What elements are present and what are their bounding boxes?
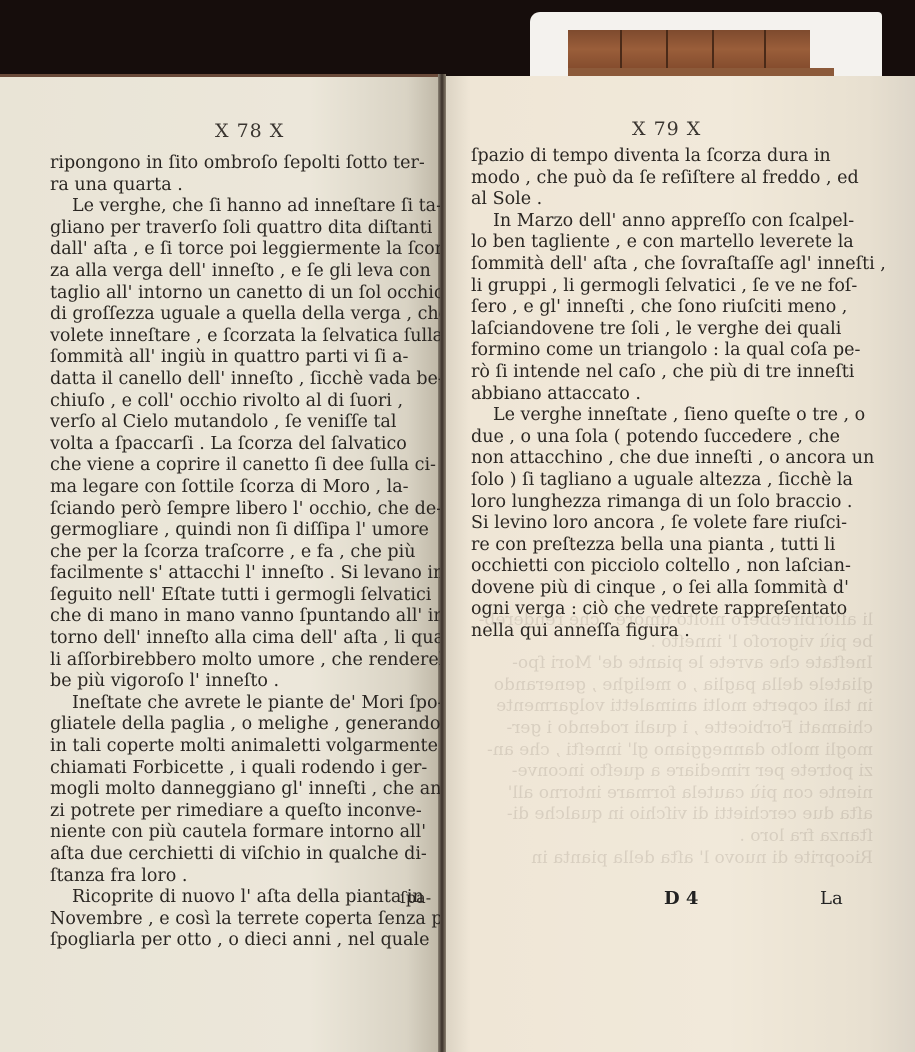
text-line: occhietti con picciolo coltello , non la…	[471, 556, 876, 578]
show-through-line: Novembre , e così la terrete coperta ſen…	[478, 869, 873, 870]
text-line: rò ſi intende nel caſo , che più di tre …	[471, 362, 876, 384]
text-line: re con preſtezza bella una pianta , tutt…	[471, 535, 876, 557]
show-through-line: in tali coperte molti animaletti volgarm…	[478, 696, 873, 718]
text-line: gliano per traverſo ſoli quattro dita di…	[50, 218, 440, 240]
show-through-line: mogli molto danneggiano gl' inneſti , ch…	[478, 740, 873, 762]
text-line: li gruppi , li germogli ſelvatici , ſe v…	[471, 276, 876, 298]
text-line: be più vigoroſo l' inneſto .	[50, 671, 440, 693]
right-page-number: X 79 X	[632, 118, 701, 140]
text-line: volta a ſpaccarſi . La ſcorza del ſalvat…	[50, 434, 440, 456]
text-line: ſeguito nell' Eſtate tutti i germogli ſe…	[50, 585, 440, 607]
text-line: ra una quarta .	[50, 175, 440, 197]
text-line: volete inneſtare , e ſcorzata la ſelvati…	[50, 326, 440, 348]
text-line: aſta due cerchietti di viſchio in qualch…	[50, 844, 440, 866]
text-line: Si levino loro ancora , ſe volete fare r…	[471, 513, 876, 535]
text-line: ſommità dell' aſta , che ſovraſtaſſe agl…	[471, 254, 876, 276]
text-line: facilmente s' attacchi l' inneſto . Si l…	[50, 563, 440, 585]
text-line: loro lunghezza rimanga di un ſolo bracci…	[471, 492, 876, 514]
text-line: In Marzo dell' anno appreſſo con ſcalpel…	[471, 211, 876, 233]
text-line: modo , che può da ſe reſiſtere al freddo…	[471, 168, 876, 190]
show-through-line: Ricoprite di nuovo l' aſta della pianta …	[478, 848, 873, 870]
text-line: gliatele della paglia , o melighe , gene…	[50, 714, 440, 736]
text-line: niente con più cautela formare intorno a…	[50, 822, 440, 844]
show-through-line: gliatele della paglia , o melighe , gene…	[478, 675, 873, 697]
show-through-line: aſta due cerchietti di viſchio in qualch…	[478, 804, 873, 826]
text-line: che di mano in mano vanno ſpuntando all'…	[50, 606, 440, 628]
text-line: mogli molto danneggiano gl' inneſti , ch…	[50, 779, 440, 801]
text-line: che per la ſcorza traſcorre , e fa , che…	[50, 542, 440, 564]
text-line: due , o una ſola ( potendo ſuccedere , c…	[471, 427, 876, 449]
text-line: ſciando però ſempre libero l' occhio, ch…	[50, 499, 440, 521]
text-line: dall' aſta , e ſi torce poi leggiermente…	[50, 239, 440, 261]
left-page-text: ripongono in ſito ombroſo ſepolti ſotto …	[50, 153, 440, 952]
text-line: germogliare , quindi non ſi diſſipa l' u…	[50, 520, 440, 542]
text-line: dovene più di cinque , o ſei alla ſommit…	[471, 578, 876, 600]
text-line: di groſſezza uguale a quella della verga…	[50, 304, 440, 326]
text-line: al Sole .	[471, 189, 876, 211]
text-line: ſtanza fra loro .	[50, 866, 440, 888]
text-line: chiuſo , e coll' occhio rivolto al di ſu…	[50, 391, 440, 413]
right-catchword: La	[820, 888, 843, 909]
text-line: ſpazio di tempo diventa la ſcorza dura i…	[471, 146, 876, 168]
text-line: ſolo ) ſi tagliano a uguale altezza , ſi…	[471, 470, 876, 492]
show-through-line: li aſſorbirebbero molto umore , che rend…	[478, 610, 873, 632]
show-through-line: be più vigoroſo l' inneſto .	[478, 632, 873, 654]
text-line: formino come un triangolo : la qual coſa…	[471, 340, 876, 362]
text-line: non attacchino , che due inneſti , o anc…	[471, 448, 876, 470]
text-line: che viene a coprire il canetto ſi dee ſu…	[50, 455, 440, 477]
text-line: ripongono in ſito ombroſo ſepolti ſotto …	[50, 153, 440, 175]
text-line: zi potrete per rimediare a queſto inconv…	[50, 801, 440, 823]
text-line: torno dell' inneſto alla cima dell' aſta…	[50, 628, 440, 650]
text-line: Ricoprite di nuovo l' aſta della pianta …	[50, 887, 440, 909]
text-line: ſpogliarla per otto , o dieci anni , nel…	[50, 930, 440, 952]
signature-mark: D 4	[664, 888, 698, 909]
show-through-line: ſtanza fra loro .	[478, 826, 873, 848]
left-page-number: X 78 X	[215, 120, 284, 142]
text-line: ma legare con ſottile ſcorza di Moro , l…	[50, 477, 440, 499]
left-catchword: ſpa-	[400, 888, 431, 907]
show-through-line: Ineſtate che avrete le piante de' Mori ſ…	[478, 653, 873, 675]
text-line: Le verghe, che ſi hanno ad inneſtare ſi …	[50, 196, 440, 218]
text-line: ſommità all' ingiù in quattro parti vi ſ…	[50, 347, 440, 369]
text-line: chiamati Forbicette , i quali rodendo i …	[50, 758, 440, 780]
text-line: Novembre , e così la terrete coperta ſen…	[50, 909, 440, 931]
show-through-line: niente con più cautela formare intorno a…	[478, 783, 873, 805]
text-line: datta il canello dell' inneſto , ſicchè …	[50, 369, 440, 391]
show-through-line: zi potrete per rimediare a queſto inconv…	[478, 761, 873, 783]
text-line: taglio all' intorno un canetto di un ſol…	[50, 283, 440, 305]
text-line: lo ben tagliente , e con martello levere…	[471, 232, 876, 254]
show-through-text: li aſſorbirebbero molto umore , che rend…	[478, 610, 873, 870]
right-page-text: ſpazio di tempo diventa la ſcorza dura i…	[471, 146, 876, 643]
show-through-line: chiamati Forbicette , i quali rodendo i …	[478, 718, 873, 740]
text-line: verſo al Cielo mutandolo , ſe veniſſe ta…	[50, 412, 440, 434]
text-line: Le verghe inneſtate , ſieno queſte o tre…	[471, 405, 876, 427]
text-line: abbiano attaccato .	[471, 384, 876, 406]
text-line: za alla verga dell' inneſto , e ſe gli l…	[50, 261, 440, 283]
text-line: Ineſtate che avrete le piante de' Mori ſ…	[50, 693, 440, 715]
text-line: ſero , e gl' inneſti , che ſono riuſciti…	[471, 297, 876, 319]
text-line: laſciandovene tre ſoli , le verghe dei q…	[471, 319, 876, 341]
text-line: in tali coperte molti animaletti volgarm…	[50, 736, 440, 758]
text-line: li aſſorbirebbero molto umore , che rend…	[50, 650, 440, 672]
